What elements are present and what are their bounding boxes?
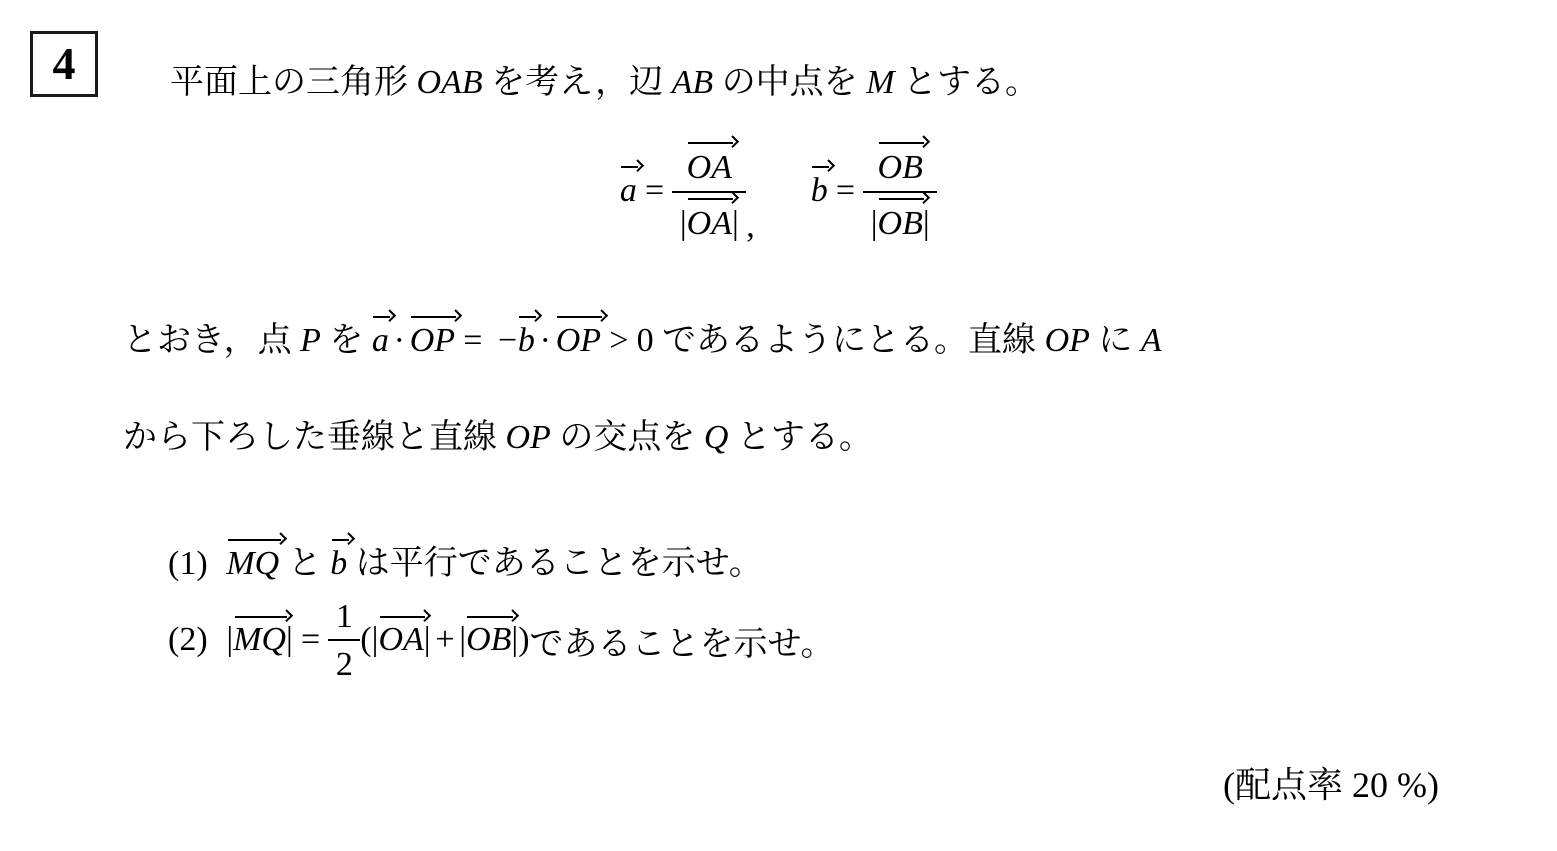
math-var-op: OP bbox=[506, 419, 551, 456]
math-var-oab: OAB bbox=[417, 64, 483, 101]
score-note: (配点率 20 %) bbox=[1223, 757, 1439, 808]
fraction-oa: OA |OA| bbox=[672, 138, 746, 243]
fraction-oa-numerator: OA bbox=[679, 138, 739, 191]
para-text-1d: に bbox=[1090, 322, 1141, 359]
item1-text-b: は平行であることを示せ。 bbox=[347, 545, 762, 582]
vector-oa: OA bbox=[687, 204, 732, 243]
vector-a: a bbox=[620, 172, 637, 210]
math-zero: 0 bbox=[637, 322, 654, 359]
fraction-oa-denominator: |OA| bbox=[672, 191, 746, 244]
abs-bar: | bbox=[732, 205, 739, 242]
left-paren: ( bbox=[360, 621, 371, 659]
comma: , bbox=[746, 207, 755, 245]
para-text-2c: とする。 bbox=[728, 419, 873, 456]
math-var-m: M bbox=[866, 64, 894, 101]
subproblem-2: (2) |MQ| = 1 2 (|OA|+|OB|) であることを示せ。 bbox=[168, 597, 835, 684]
para-text-1a: とおき，点 bbox=[123, 322, 300, 359]
equals-sign: = bbox=[463, 322, 482, 359]
plus-sign: + bbox=[435, 621, 454, 659]
fraction-one-half-denominator: 2 bbox=[328, 639, 360, 683]
abs-bar: | bbox=[372, 621, 379, 659]
vector-b: b bbox=[518, 322, 535, 360]
abs-bar: | bbox=[871, 205, 878, 242]
greater-than-sign: > bbox=[609, 322, 628, 359]
equals-sign: = bbox=[301, 621, 320, 659]
item1-text-a: と bbox=[279, 545, 330, 582]
fraction-ob-numerator: OB bbox=[870, 138, 930, 191]
paragraph-line-2: から下ろした垂線と直線 OP の交点を Q とする。 bbox=[123, 409, 873, 458]
vector-ob: OB bbox=[466, 621, 511, 659]
math-var-ab: AB bbox=[672, 64, 714, 101]
intro-text-2: を考え，辺 bbox=[483, 64, 672, 101]
abs-bar: | bbox=[286, 621, 293, 659]
subproblem-1-label: (1) bbox=[168, 545, 208, 582]
para-text-2b: の交点を bbox=[551, 419, 704, 456]
paragraph-line-1: とおき，点 P を a·OP=−b·OP>0 であるようにとる。直線 OP に … bbox=[123, 312, 1162, 361]
dot-product-sign: · bbox=[394, 322, 405, 359]
abs-bar: | bbox=[923, 205, 930, 242]
item2-text-a: であることを示せ。 bbox=[530, 616, 835, 665]
right-paren: ) bbox=[518, 621, 529, 659]
vector-ob: OB bbox=[878, 148, 923, 187]
vector-mq: MQ bbox=[233, 621, 286, 659]
vector-oa: OA bbox=[687, 148, 732, 187]
subproblem-2-label: (2) bbox=[168, 621, 208, 659]
exam-problem-page: 4 平面上の三角形 OAB を考え，辺 AB の中点を M とする。 a = O… bbox=[0, 0, 1557, 851]
subproblem-1: (1)MQ と b は平行であることを示せ。 bbox=[168, 535, 763, 584]
vector-op: OP bbox=[556, 322, 601, 360]
math-var-a-point: A bbox=[1141, 322, 1162, 359]
fraction-ob-denominator: |OB| bbox=[863, 191, 937, 244]
fraction-ob: OB |OB| bbox=[863, 138, 937, 243]
abs-bar: | bbox=[680, 205, 687, 242]
vector-oa: OA bbox=[378, 621, 423, 659]
abs-bar: | bbox=[459, 621, 466, 659]
abs-bar: | bbox=[424, 621, 431, 659]
minus-sign: − bbox=[498, 322, 517, 359]
problem-number: 4 bbox=[53, 41, 76, 87]
para-text-1b: を bbox=[321, 322, 372, 359]
intro-text-1: 平面上の三角形 bbox=[170, 64, 417, 101]
para-text-1c: であるようにとる。直線 bbox=[654, 322, 1045, 359]
equals-sign: = bbox=[836, 172, 855, 210]
equals-sign: = bbox=[645, 172, 664, 210]
math-var-q: Q bbox=[704, 419, 729, 456]
intro-text-4: とする。 bbox=[895, 64, 1040, 101]
vector-a: a bbox=[372, 322, 389, 360]
display-equation: a = OA |OA| , b = OB |OB| bbox=[0, 138, 1557, 243]
vector-op: OP bbox=[410, 322, 455, 360]
vector-ob: OB bbox=[878, 204, 923, 243]
para-text-2a: から下ろした垂線と直線 bbox=[123, 419, 506, 456]
intro-sentence: 平面上の三角形 OAB を考え，辺 AB の中点を M とする。 bbox=[170, 54, 1039, 103]
intro-text-3: の中点を bbox=[713, 64, 866, 101]
fraction-one-half-numerator: 1 bbox=[328, 597, 360, 639]
vector-mq: MQ bbox=[226, 545, 279, 583]
vector-b: b bbox=[330, 545, 347, 583]
math-var-p: P bbox=[300, 322, 321, 359]
problem-number-box: 4 bbox=[30, 31, 98, 97]
abs-bar: | bbox=[511, 621, 518, 659]
math-var-op: OP bbox=[1045, 322, 1090, 359]
fraction-one-half: 1 2 bbox=[328, 597, 360, 684]
dot-product-sign: · bbox=[540, 322, 551, 359]
vector-b: b bbox=[811, 172, 828, 210]
